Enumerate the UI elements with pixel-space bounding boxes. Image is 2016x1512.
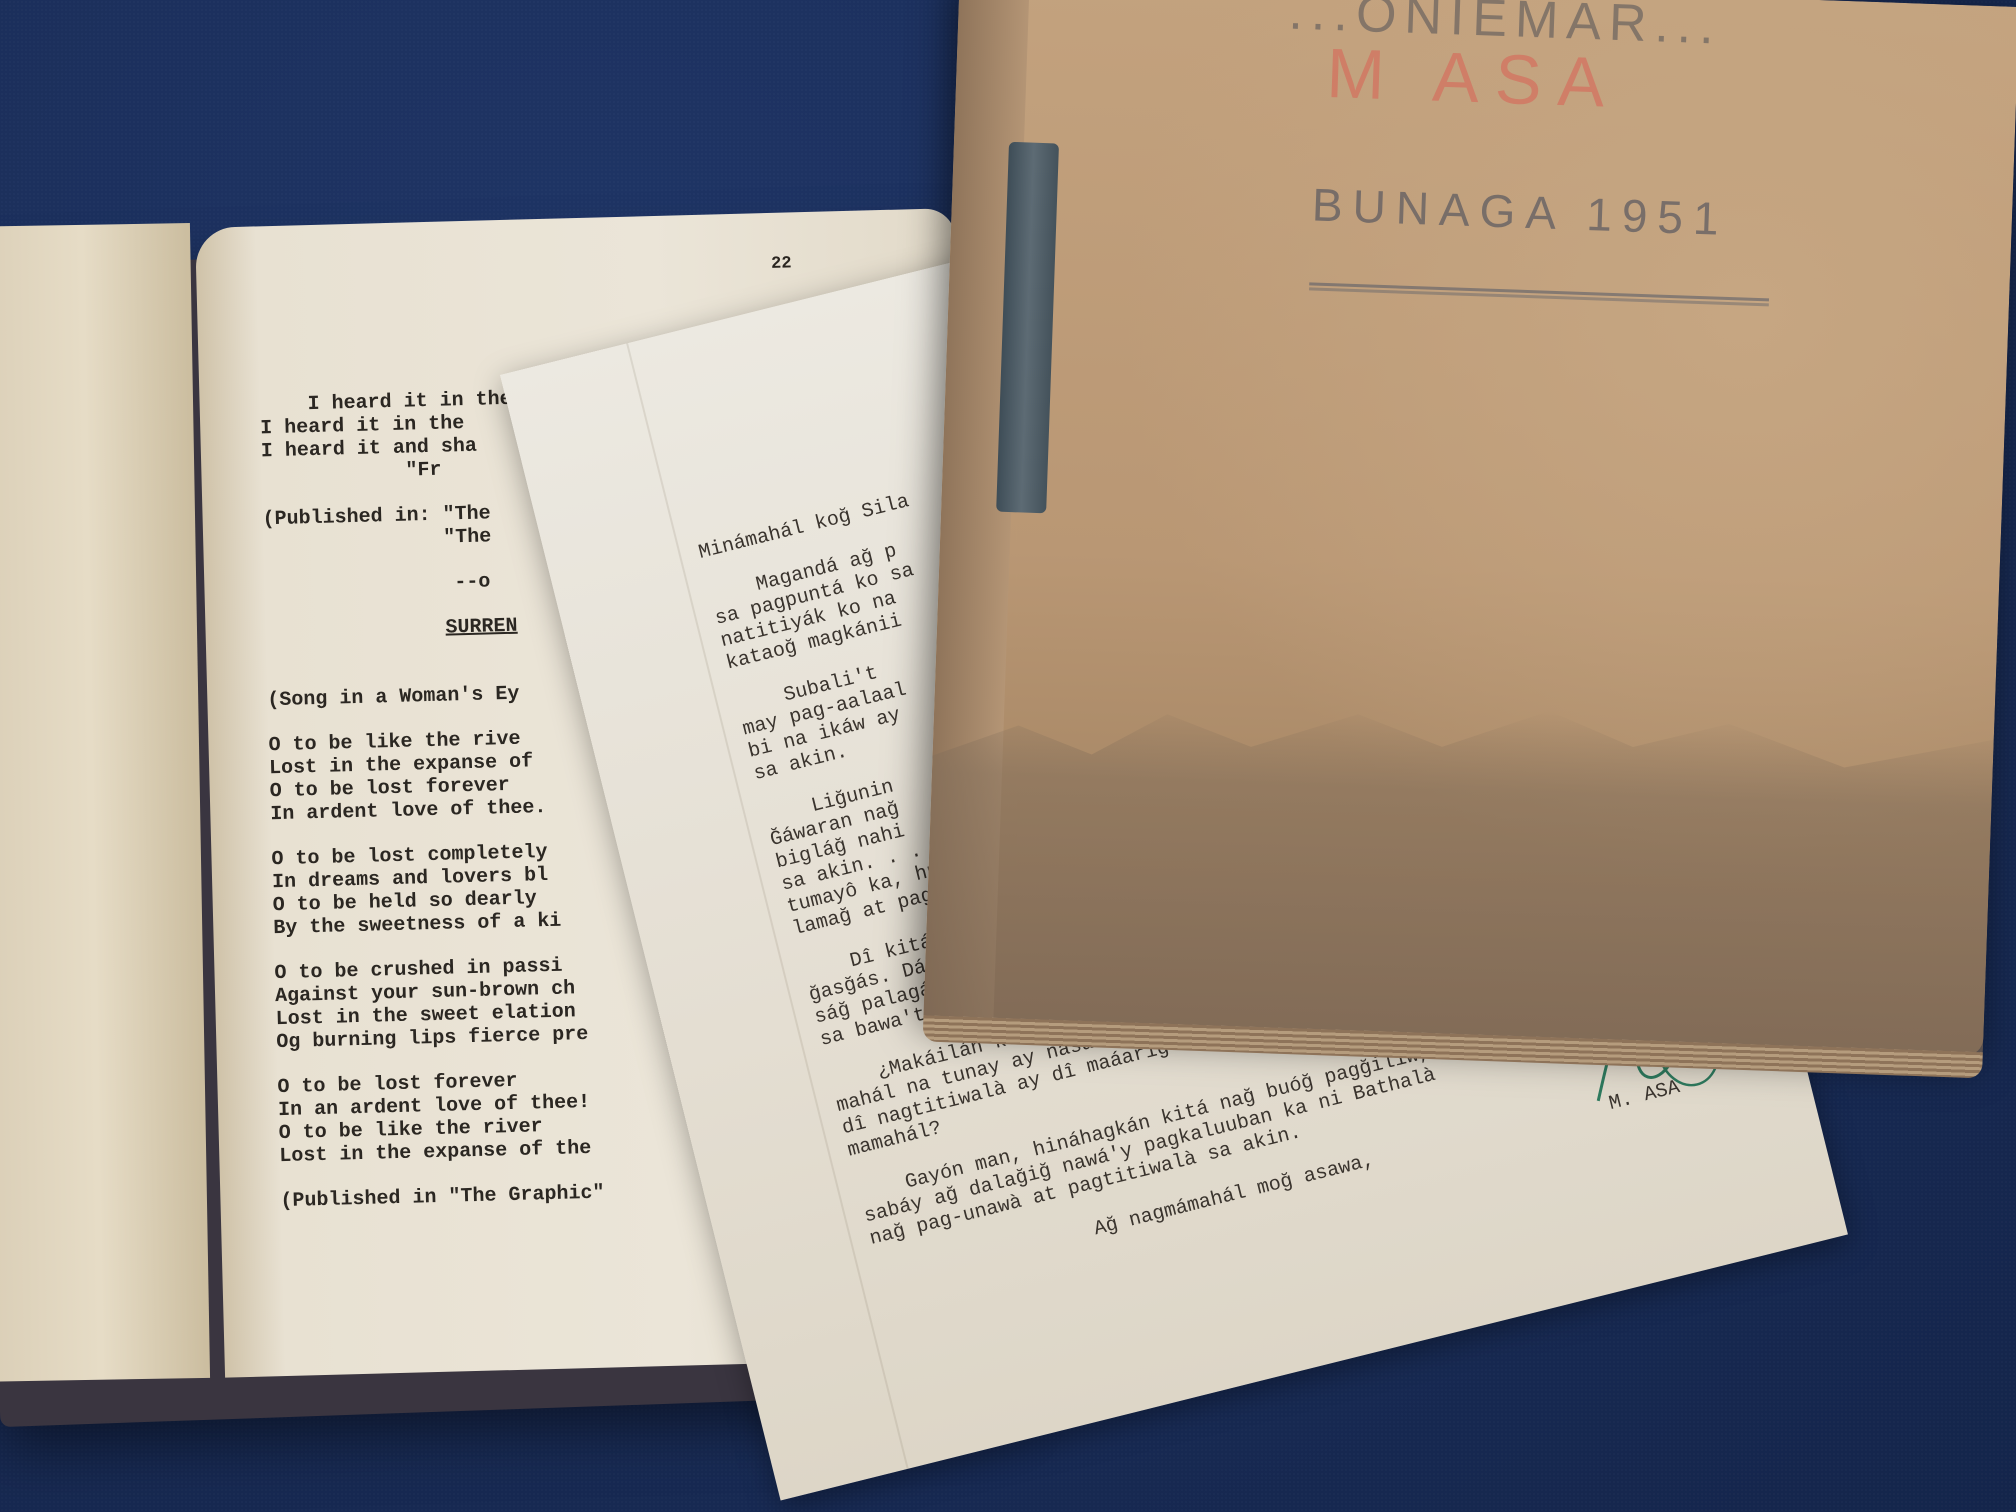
book-left-page [0,223,210,1382]
poem-line: "Fr [261,459,442,487]
water-stain [923,690,1994,1057]
cover-rule [1309,282,1769,301]
poem-line: I heard it in the [307,388,512,416]
page-number: 22 [771,254,792,274]
cover-author: M ASA [1325,33,1622,123]
separator: --o [454,570,491,594]
poem-line: I heard it and sha [261,435,478,464]
cover-place-year: BUNAGA 1951 [1311,177,1729,246]
closed-booklet: ...ONIEMAR... M ASA BUNAGA 1951 [923,0,2016,1056]
